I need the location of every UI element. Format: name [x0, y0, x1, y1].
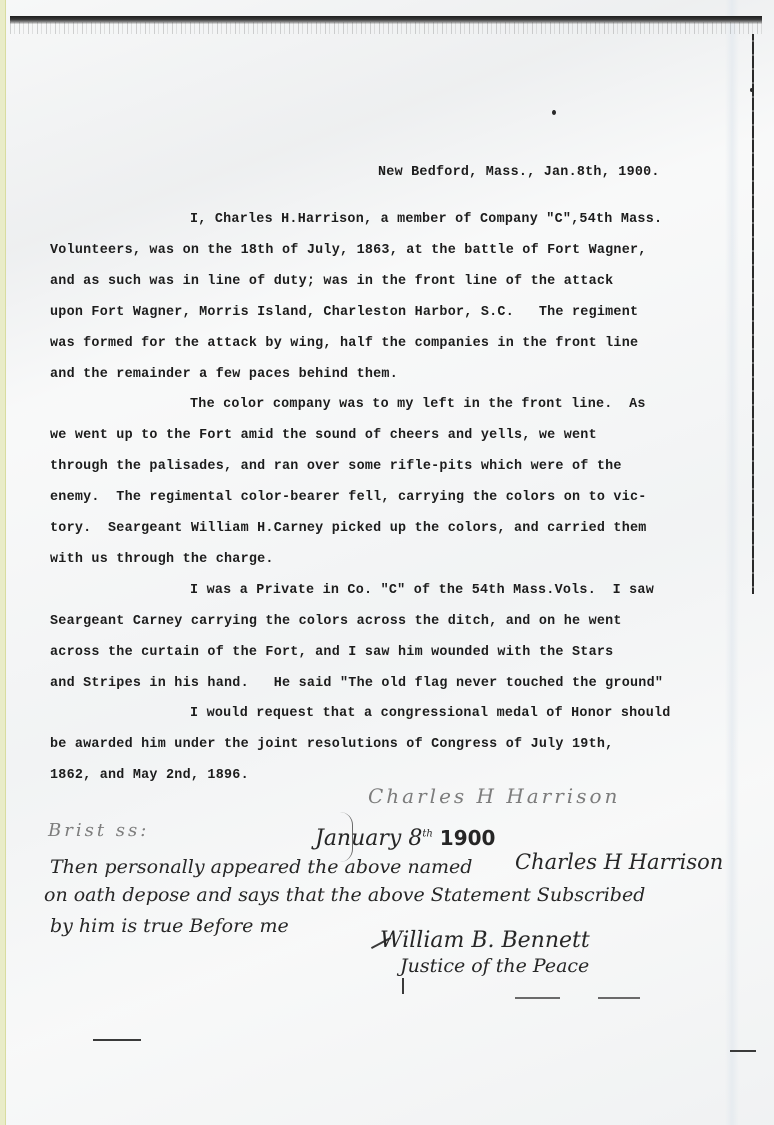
body-line: I would request that a congressional med… — [190, 706, 671, 721]
ink-speck — [552, 110, 556, 115]
body-line: with us through the charge. — [50, 552, 274, 567]
body-line: we went up to the Fort amid the sound of… — [50, 428, 597, 443]
body-line: enemy. The regimental color-bearer fell,… — [50, 490, 647, 505]
body-line: Seargeant Carney carrying the colors acr… — [50, 614, 622, 629]
body-line: I was a Private in Co. "C" of the 54th M… — [190, 583, 654, 598]
body-line: and Stripes in his hand. He said "The ol… — [50, 676, 663, 691]
body-line: across the curtain of the Fort, and I sa… — [50, 645, 613, 660]
body-line: upon Fort Wagner, Morris Island, Charles… — [50, 305, 638, 320]
affiant-signature: Charles H Harrison — [515, 850, 723, 874]
jurat-date-month: January 8 — [315, 826, 422, 851]
dateline: New Bedford, Mass., Jan.8th, 1900. — [378, 165, 660, 180]
officer-signature: William B. Bennett — [380, 928, 590, 953]
jurat-line-1: Then personally appeared the above named — [50, 856, 472, 878]
body-line: Volunteers, was on the 18th of July, 186… — [50, 243, 647, 258]
ink-mark — [93, 1039, 141, 1041]
body-line: be awarded him under the joint resolutio… — [50, 737, 613, 752]
scan-top-noise — [10, 22, 762, 34]
ink-mark — [730, 1050, 756, 1052]
officer-title: Justice of the Peace — [400, 955, 589, 977]
jurat-venue: Brist ss: — [48, 820, 149, 841]
body-line: was formed for the attack by wing, half … — [50, 336, 638, 351]
jurat-line-2: on oath depose and says that the above S… — [44, 884, 645, 906]
scan-right-border — [752, 34, 754, 594]
jurat-date-year: 1900 — [440, 826, 496, 850]
faint-rule — [515, 997, 560, 999]
page-left-edge — [0, 0, 6, 1125]
body-line: through the palisades, and ran over some… — [50, 459, 622, 474]
ink-speck — [750, 88, 753, 92]
jurat-line-3: by him is true Before me — [50, 915, 289, 937]
body-line: The color company was to my left in the … — [190, 397, 646, 412]
body-line: and the remainder a few paces behind the… — [50, 367, 398, 382]
body-line: 1862, and May 2nd, 1896. — [50, 768, 249, 783]
scan-streak — [725, 0, 739, 1125]
body-line: tory. Seargeant William H.Carney picked … — [50, 521, 647, 536]
body-line: and as such was in line of duty; was in … — [50, 274, 613, 289]
jurat-date: January 8th 1900 — [315, 826, 495, 851]
faint-rule — [598, 997, 640, 999]
body-line: I, Charles H.Harrison, a member of Compa… — [190, 212, 662, 227]
signature-flourish — [402, 978, 404, 994]
scanned-document-page: New Bedford, Mass., Jan.8th, 1900. I, Ch… — [0, 0, 774, 1125]
faint-signature: Charles H Harrison — [368, 784, 620, 808]
